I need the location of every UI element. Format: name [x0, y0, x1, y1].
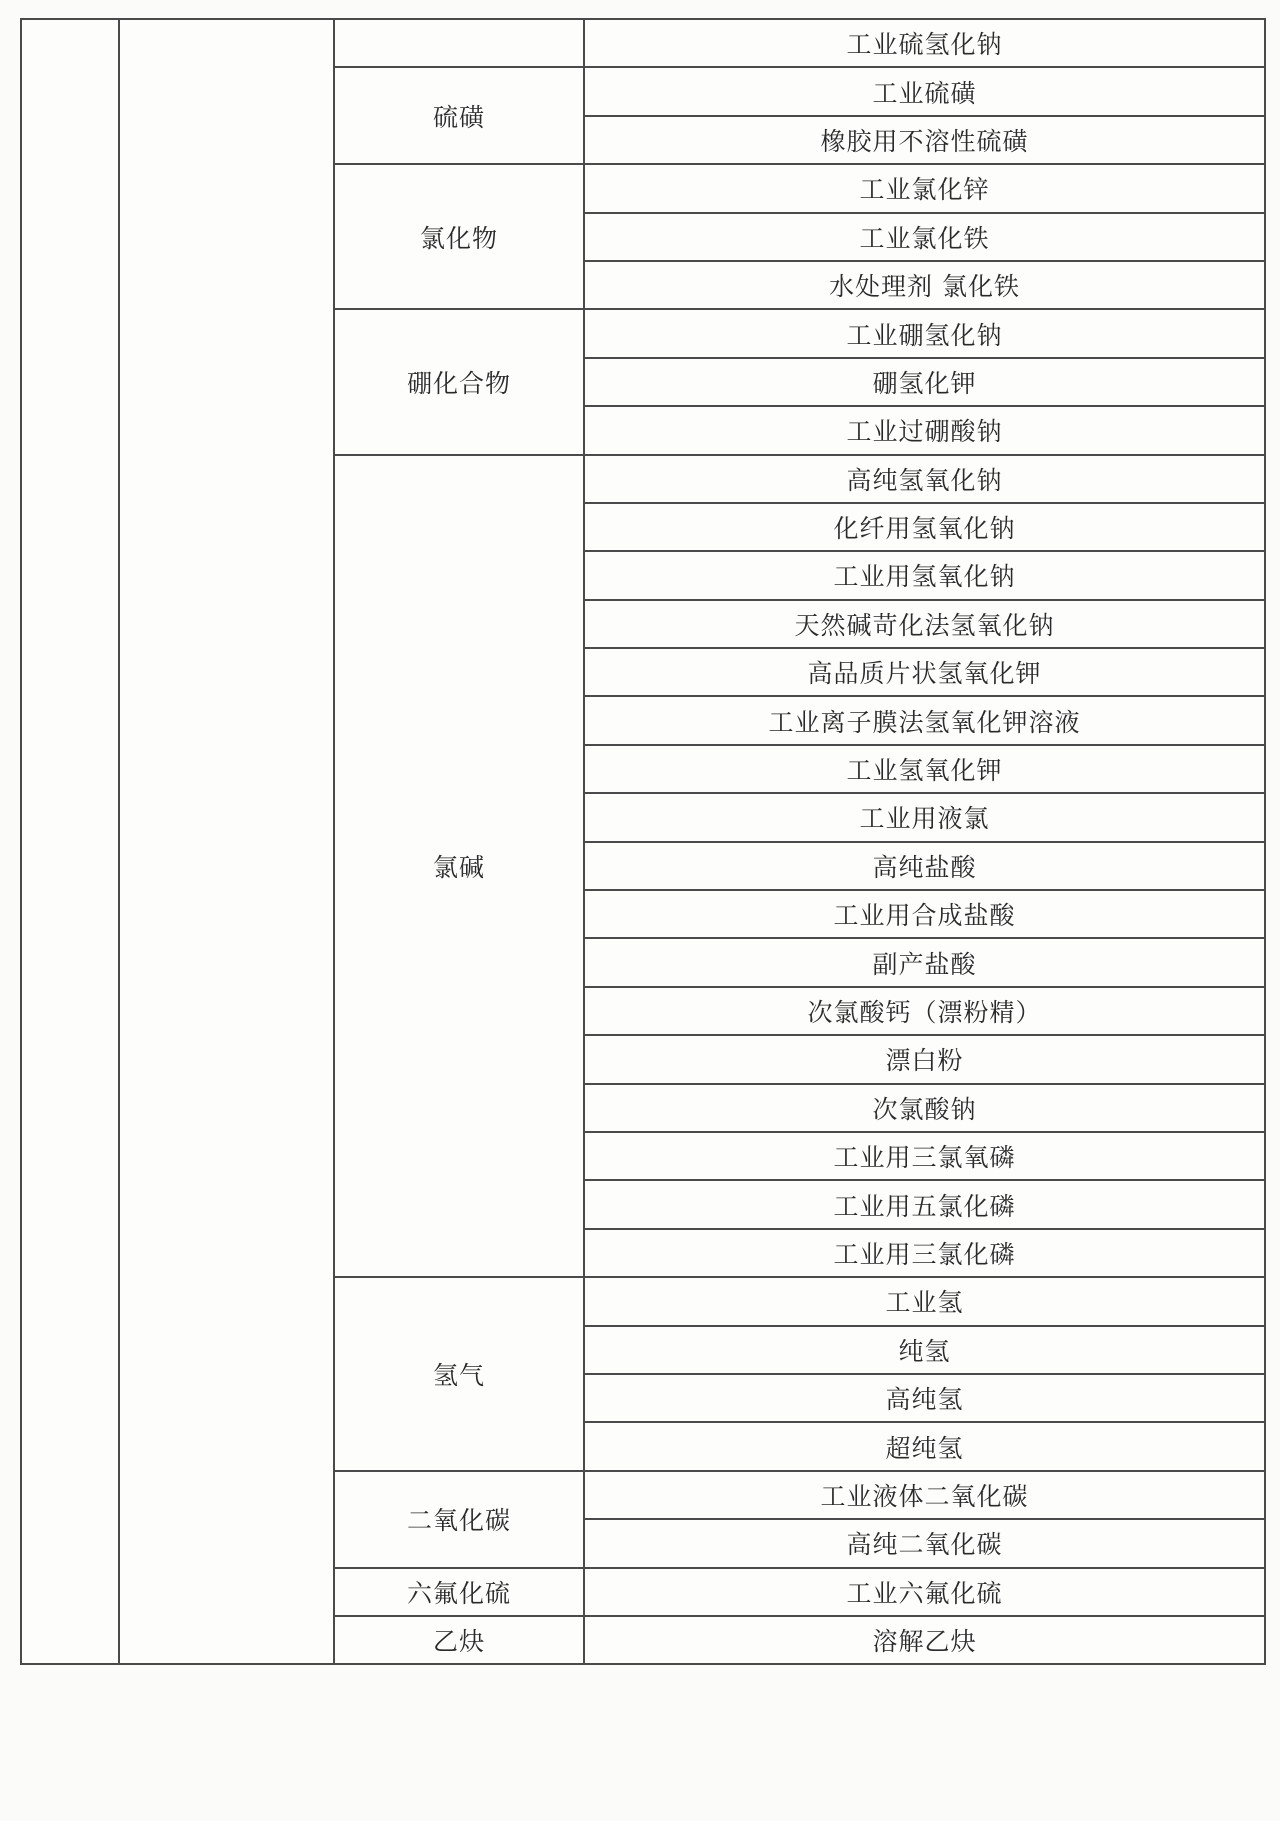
product-cell: 工业硫磺	[584, 67, 1265, 115]
product-cell: 超纯氢	[584, 1422, 1265, 1470]
product-cell: 工业过硼酸钠	[584, 406, 1265, 454]
index-cell	[21, 19, 119, 1664]
product-category-table: 工业硫氢化钠硫磺工业硫磺橡胶用不溶性硫磺氯化物工业氯化锌工业氯化铁水处理剂 氯化…	[20, 18, 1266, 1665]
product-cell: 工业用合成盐酸	[584, 890, 1265, 938]
product-cell: 工业硫氢化钠	[584, 19, 1265, 67]
category-cell: 乙炔	[334, 1616, 584, 1664]
product-cell: 纯氢	[584, 1326, 1265, 1374]
category-cell: 硫磺	[334, 67, 584, 164]
product-cell: 工业用三氯氧磷	[584, 1132, 1265, 1180]
product-cell: 次氯酸钠	[584, 1084, 1265, 1132]
product-cell: 高纯盐酸	[584, 842, 1265, 890]
product-cell: 工业液体二氧化碳	[584, 1471, 1265, 1519]
product-cell: 工业氯化锌	[584, 164, 1265, 212]
category-cell: 六氟化硫	[334, 1568, 584, 1616]
product-cell: 工业用三氯化磷	[584, 1229, 1265, 1277]
product-cell: 高纯二氧化碳	[584, 1519, 1265, 1567]
category-cell: 氯碱	[334, 455, 584, 1278]
product-cell: 化纤用氢氧化钠	[584, 503, 1265, 551]
product-cell: 天然碱苛化法氢氧化钠	[584, 600, 1265, 648]
product-cell: 硼氢化钾	[584, 358, 1265, 406]
major-category-cell	[119, 19, 334, 1664]
product-cell: 高纯氢	[584, 1374, 1265, 1422]
product-cell: 次氯酸钙（漂粉精）	[584, 987, 1265, 1035]
product-cell: 橡胶用不溶性硫磺	[584, 116, 1265, 164]
product-cell: 工业氯化铁	[584, 213, 1265, 261]
category-cell	[334, 19, 584, 67]
product-cell: 工业用五氯化磷	[584, 1180, 1265, 1228]
product-cell: 副产盐酸	[584, 938, 1265, 986]
product-cell: 工业氢	[584, 1277, 1265, 1325]
product-cell: 工业用氢氧化钠	[584, 551, 1265, 599]
product-cell: 工业硼氢化钠	[584, 309, 1265, 357]
product-cell: 高纯氢氧化钠	[584, 455, 1265, 503]
product-cell: 溶解乙炔	[584, 1616, 1265, 1664]
product-cell: 工业离子膜法氢氧化钾溶液	[584, 696, 1265, 744]
category-cell: 硼化合物	[334, 309, 584, 454]
product-cell: 高品质片状氢氧化钾	[584, 648, 1265, 696]
table-body: 工业硫氢化钠硫磺工业硫磺橡胶用不溶性硫磺氯化物工业氯化锌工业氯化铁水处理剂 氯化…	[21, 19, 1265, 1664]
category-cell: 二氧化碳	[334, 1471, 584, 1568]
product-cell: 水处理剂 氯化铁	[584, 261, 1265, 309]
table-row: 工业硫氢化钠	[21, 19, 1265, 67]
product-cell: 漂白粉	[584, 1035, 1265, 1083]
category-cell: 氯化物	[334, 164, 584, 309]
product-cell: 工业氢氧化钾	[584, 745, 1265, 793]
product-cell: 工业用液氯	[584, 793, 1265, 841]
category-cell: 氢气	[334, 1277, 584, 1471]
product-cell: 工业六氟化硫	[584, 1568, 1265, 1616]
